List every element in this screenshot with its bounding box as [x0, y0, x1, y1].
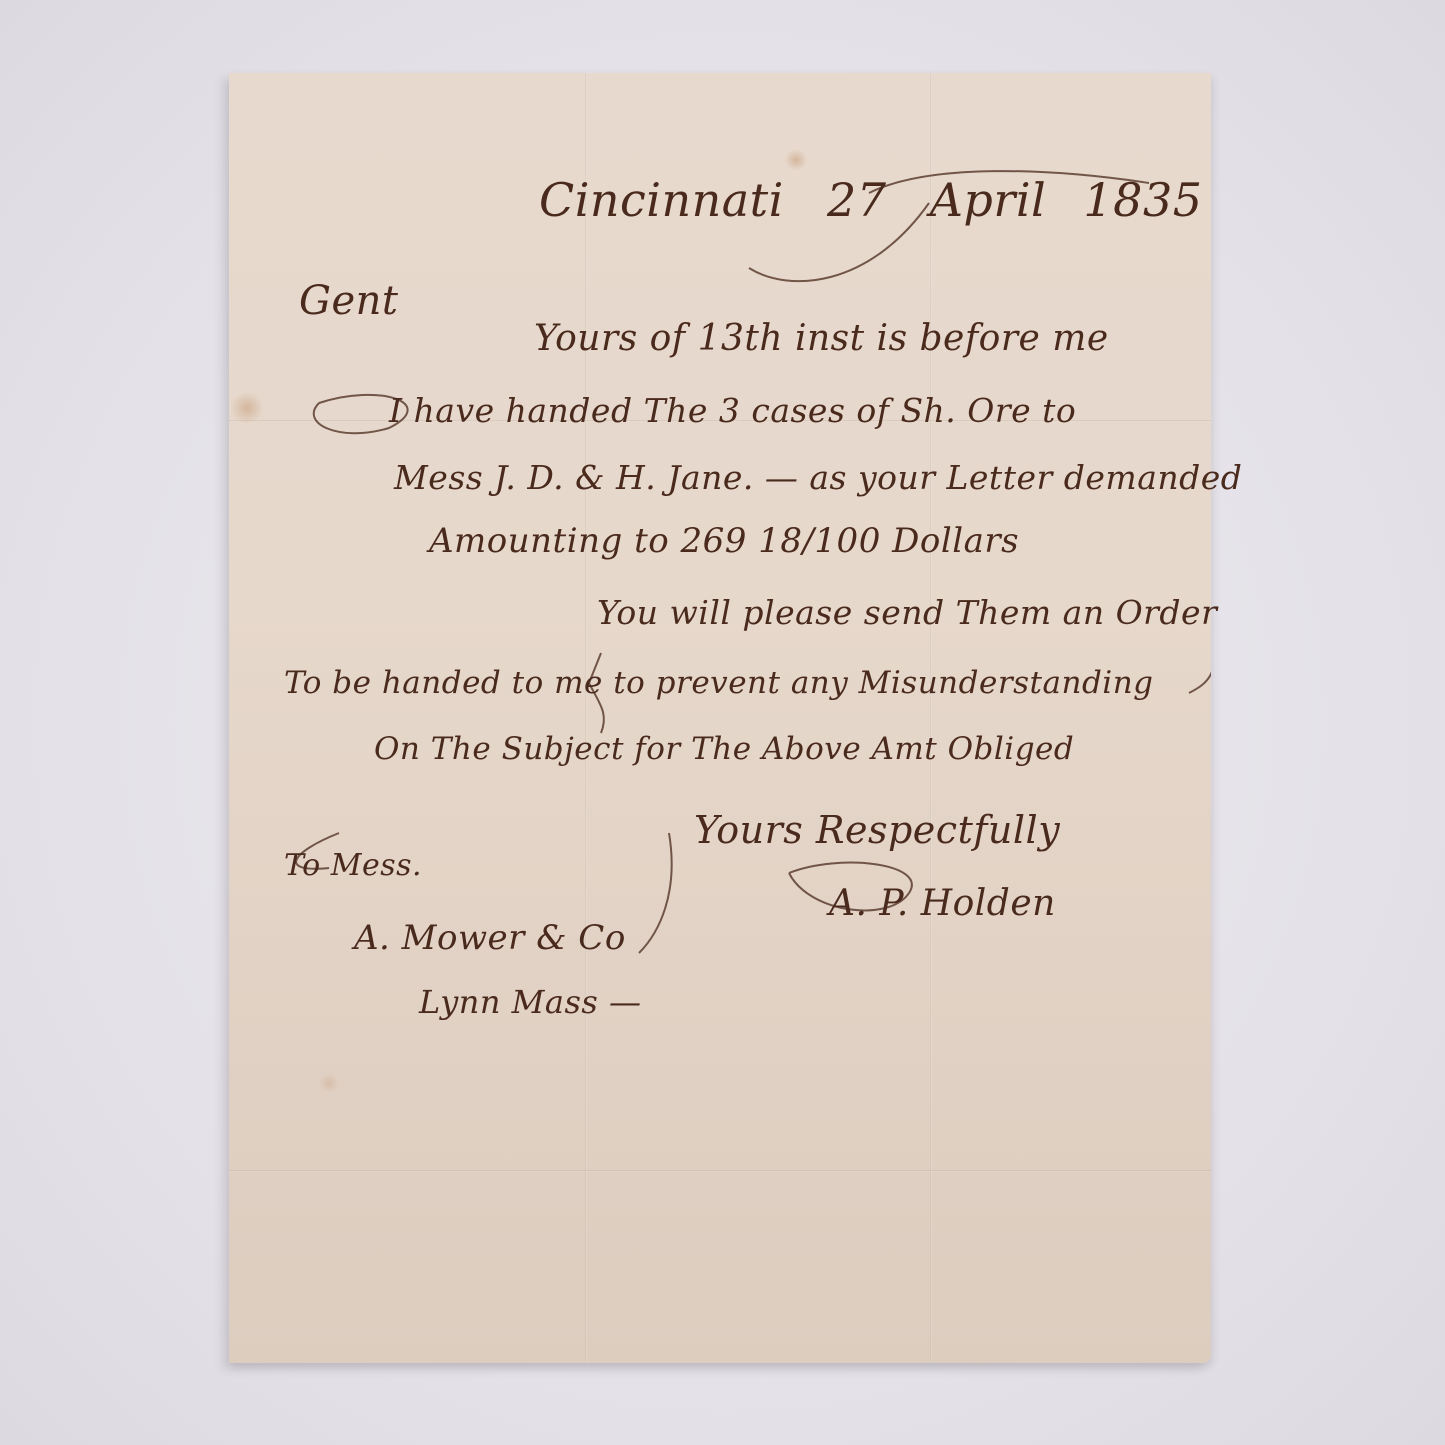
letter-paper: Cincinnati 27 April 1835 Gent Yours of 1… [229, 73, 1211, 1363]
ink-flourishes [229, 73, 1211, 1363]
